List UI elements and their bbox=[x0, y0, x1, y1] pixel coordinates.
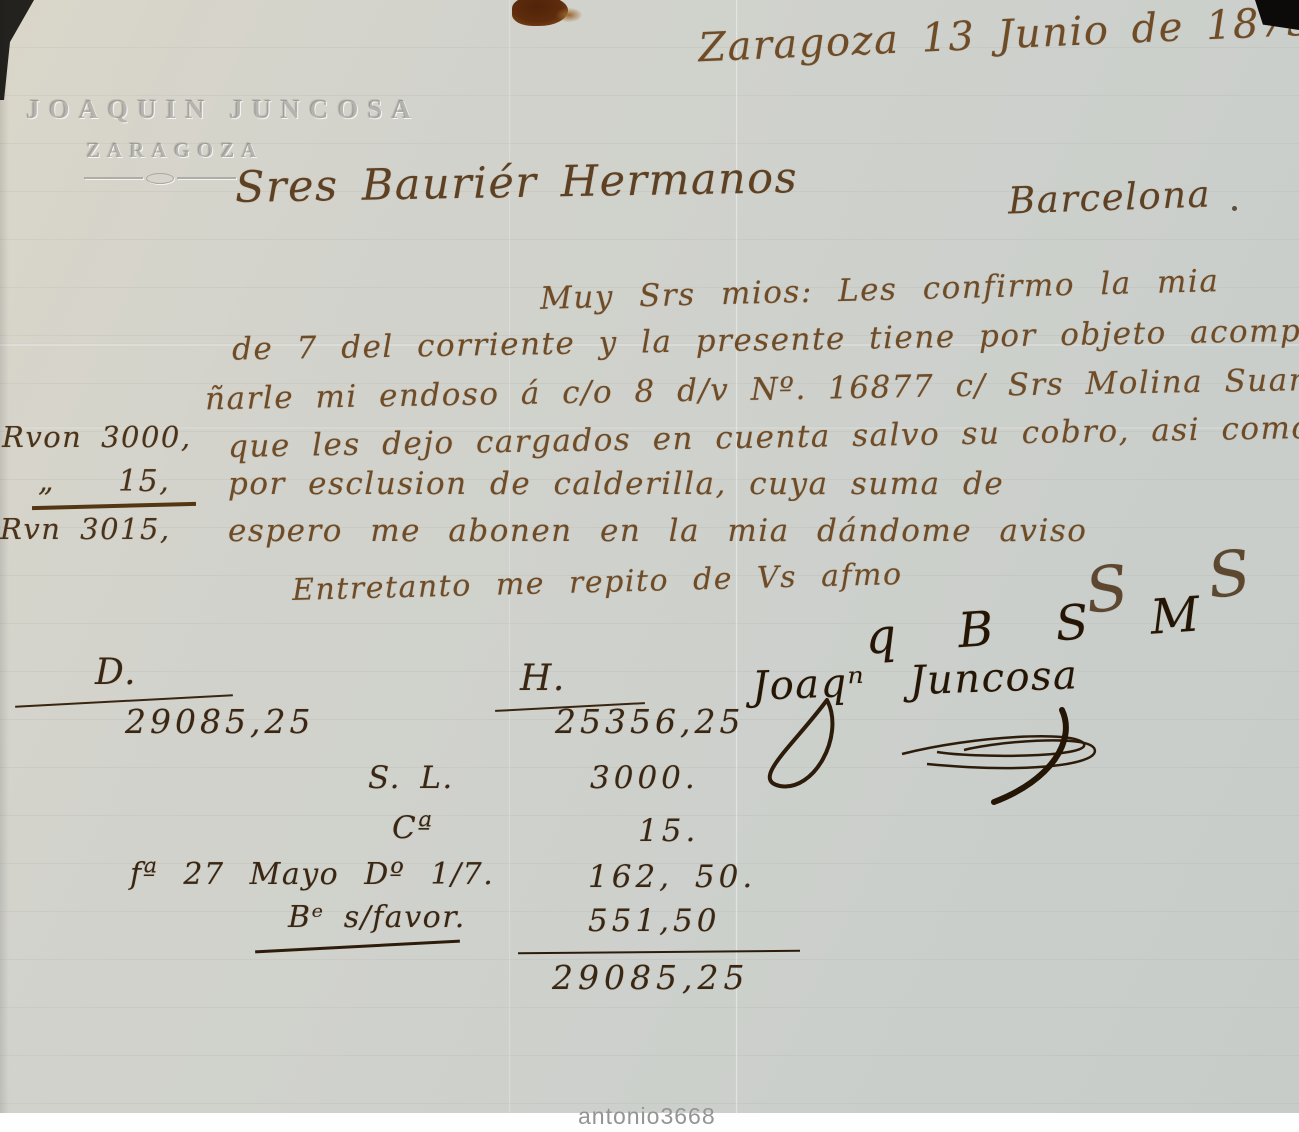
margin-amount-1: Rvon 3000, bbox=[2, 420, 192, 454]
account-row-3-value: 162, 50. bbox=[588, 859, 756, 895]
account-total: 29085,25 bbox=[552, 958, 749, 997]
body-line-3: ñarle mi endoso á c/o 8 d/v Nº. 16877 c/… bbox=[205, 359, 1299, 418]
account-total-line bbox=[518, 950, 800, 954]
margin-amount-2: „ 15, bbox=[38, 464, 170, 499]
scanned-letter: JOAQUIN JUNCOSA ZARAGOZA Zaragoza 13 Jun… bbox=[0, 0, 1299, 1132]
account-row-3-label: fª 27 Mayo Dº 1/7. bbox=[130, 857, 494, 892]
margin-amount-3-value: 3015, bbox=[80, 512, 171, 546]
dateline: Zaragoza 13 Junio de 1873 bbox=[697, 0, 1299, 71]
body-line-6: espero me abonen en la mia dándome aviso bbox=[228, 513, 1087, 549]
body-line-2: de 7 del corriente y la presente tiene p… bbox=[232, 312, 1299, 367]
margin-amount-3: Rvn 3015, bbox=[0, 512, 171, 546]
letterhead-name: JOAQUIN JUNCOSA bbox=[26, 94, 420, 125]
credit-balance: 25356,25 bbox=[555, 702, 744, 741]
destination: Barcelona bbox=[1007, 172, 1211, 222]
account-row-2-label: Cª bbox=[392, 810, 433, 846]
margin-amount-3-label: Rvn bbox=[0, 512, 61, 546]
account-row-4-value: 551,50 bbox=[588, 903, 720, 939]
body-line-1: Muy Srs mios: Les confirmo la mia bbox=[540, 263, 1220, 317]
account-row-1-value: 3000. bbox=[590, 760, 699, 796]
margin-amount-2-value: 15, bbox=[118, 464, 170, 499]
credit-column-header: H. bbox=[520, 658, 566, 699]
letter-paper: JOAQUIN JUNCOSA ZARAGOZA Zaragoza 13 Jun… bbox=[0, 0, 1299, 1113]
closing-line: Entretanto me repito de Vs afmo bbox=[292, 557, 903, 608]
letterhead-flourish-ornament bbox=[84, 172, 236, 184]
account-row-4-label: Bᵉ s/favor. bbox=[288, 900, 466, 935]
body-line-5: por esclusion de calderilla, cuya suma d… bbox=[228, 466, 1004, 502]
margin-amount-1-value: 3000, bbox=[101, 420, 192, 454]
debit-column-header: D. bbox=[95, 652, 137, 693]
addressee: Sres Bauriér Hermanos bbox=[235, 153, 799, 213]
ink-stain-tail bbox=[556, 8, 582, 22]
letterhead-city: ZARAGOZA bbox=[86, 138, 263, 163]
account-row-4-underline bbox=[255, 940, 460, 953]
ink-dot bbox=[1232, 206, 1237, 211]
signature-rubric-flourish bbox=[732, 692, 1132, 807]
debit-balance: 29085,25 bbox=[125, 702, 314, 741]
seller-watermark: antonio3668 bbox=[578, 1103, 716, 1130]
margin-amount-2-label: „ bbox=[38, 464, 55, 499]
account-row-1-label: S. L. bbox=[368, 760, 454, 796]
margin-amount-2-underline bbox=[32, 502, 196, 510]
paper-edge-shadow bbox=[0, 0, 9, 1113]
margin-amount-1-label: Rvon bbox=[2, 420, 82, 454]
body-line-4: que les dejo cargados en cuenta salvo su… bbox=[228, 407, 1299, 465]
account-row-2-value: 15. bbox=[638, 813, 699, 849]
